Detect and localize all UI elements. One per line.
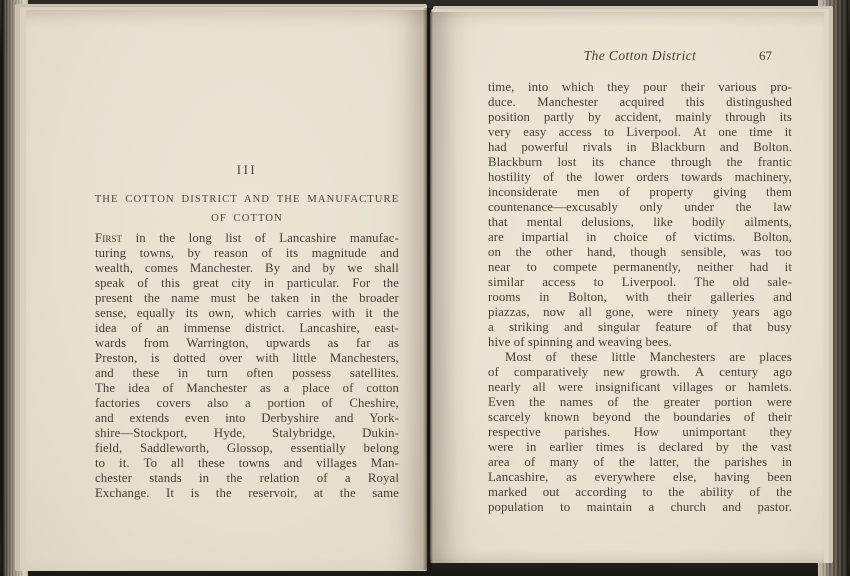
text-line: speakofthisgreatcityinparticular.Forthe xyxy=(95,276,399,291)
text-line: andextendsevenintoDerbyshireandYork- xyxy=(95,411,399,426)
text-line: inconsideratemenofpropertygivingthem xyxy=(488,185,792,200)
text-line: piazzas,nowallgone,wereninetyyearsago xyxy=(488,305,792,320)
text-line: nearlyallwereinsignificantvillagesorhaml… xyxy=(488,380,792,395)
text-line: field,Saddleworth,Glossop,essentiallybel… xyxy=(95,441,399,456)
text-line: hadpowerfulrivalsinBlackburnandBolton. xyxy=(488,140,792,155)
text-line: wardsfromWarrington,upwardsasfaras xyxy=(95,336,399,351)
chapter-title: THE COTTON DISTRICT AND THE MANUFACTURE … xyxy=(79,190,415,228)
text-line: ideaofanimmensedistrict.Lancashire,east- xyxy=(95,321,399,336)
text-line: Exchange.Itisthereservoir,atthesame xyxy=(95,486,399,501)
text-line: areaofmanyofthelatter,theparishesin xyxy=(488,455,792,470)
right-page: The Cotton District 67 time,intowhichthe… xyxy=(430,12,824,563)
text-line: factoriescoversalsoaportionofCheshire, xyxy=(95,396,399,411)
chapter-title-line: OF COTTON xyxy=(79,209,415,228)
text-line: Blackburnlostitschancethroughthefrantic xyxy=(488,155,792,170)
text-line: turingtowns,byreasonofitsmagnitudeand xyxy=(95,246,399,261)
chapter-number: III xyxy=(95,162,399,178)
text-line: wealth,comesManchester.Byandbyweshall xyxy=(95,261,399,276)
text-line: veryeasyaccesstoLiverpool.Atonetimeit xyxy=(488,125,792,140)
text-line: time,intowhichtheypourtheirvariouspro- xyxy=(488,80,792,95)
book-gutter xyxy=(423,8,433,570)
drop-word: First xyxy=(95,231,122,246)
text-line: hive of spinning and weaving bees. xyxy=(488,335,792,350)
text-line: ontheotherhand,thoughsensible,wastoo xyxy=(488,245,792,260)
text-line: Eventhenamesofthegreaterportionwere xyxy=(488,395,792,410)
text-line: respectiveparishes.Howunimportantthey xyxy=(488,425,792,440)
text-line: scarcelyknownbeyondtheboundariesoftheir xyxy=(488,410,792,425)
text-line: ofcomparativelynewgrowth.Acenturyago xyxy=(488,365,792,380)
text-line: shire—Stockport,Hyde,Stalybridge,Dukin- xyxy=(95,426,399,441)
chapter-title-line: THE COTTON DISTRICT AND THE MANUFACTURE xyxy=(79,190,415,209)
left-body-text: FirstinthelonglistofLancashiremanufac- t… xyxy=(95,231,399,501)
text-line: TheideaofManchesterasaplaceofcotton xyxy=(95,381,399,396)
running-header-title: The Cotton District xyxy=(488,48,792,64)
text-line: neartocompetepermanently,neitherhadit xyxy=(488,260,792,275)
right-body-text: time,intowhichtheypourtheirvariouspro- d… xyxy=(488,80,792,515)
left-page: III THE COTTON DISTRICT AND THE MANUFACT… xyxy=(26,10,427,570)
text-line: astrikingandsingularfeatureofthatbusy xyxy=(488,320,792,335)
text-line: wereinearliertimesisdeclaredbythevast xyxy=(488,440,792,455)
text-line: thatmentaldelusions,likebodilyailments, xyxy=(488,215,792,230)
running-header: The Cotton District 67 xyxy=(488,48,792,66)
text-line: toit.ToallthesetownsandvillagesMan- xyxy=(95,456,399,471)
text-line: andtheseinturnoftenpossesssatellites. xyxy=(95,366,399,381)
text-line: MostoftheselittleManchestersareplaces xyxy=(488,350,792,365)
text-line: duce.Manchesteracquiredthisdistingushed xyxy=(488,95,792,110)
text-line: positionpartlybyaccident,mainlythroughit… xyxy=(488,110,792,125)
text-line: sense,equallyitsown,whichcarrieswithitth… xyxy=(95,306,399,321)
text-line: hostilityofthelowerorderstowardsmachiner… xyxy=(488,170,792,185)
text-line: presentthenamemustbetakeninthebroader xyxy=(95,291,399,306)
text-line: populationtomaintainachurchandpastor. xyxy=(488,500,792,515)
text-line: Lancashire,aseverywhereelse,havingbeen xyxy=(488,470,792,485)
text-line: countenance—excusablyonlyunderthelaw xyxy=(488,200,792,215)
text-line: areimpartialinchoiceofvictims.Bolton, xyxy=(488,230,792,245)
text-line: markedoutaccordingtotheabilityofthe xyxy=(488,485,792,500)
text-line: roomsinBolton,withtheirgalleriesand xyxy=(488,290,792,305)
text-line: chesterstandsintherelationofaRoyal xyxy=(95,471,399,486)
text-line: similaraccesstoLiverpool.Theoldsale- xyxy=(488,275,792,290)
page-number: 67 xyxy=(759,48,772,64)
text-line: FirstinthelonglistofLancashiremanufac- xyxy=(95,231,399,246)
text-line: Preston,isdottedoverwithlittleManchester… xyxy=(95,351,399,366)
